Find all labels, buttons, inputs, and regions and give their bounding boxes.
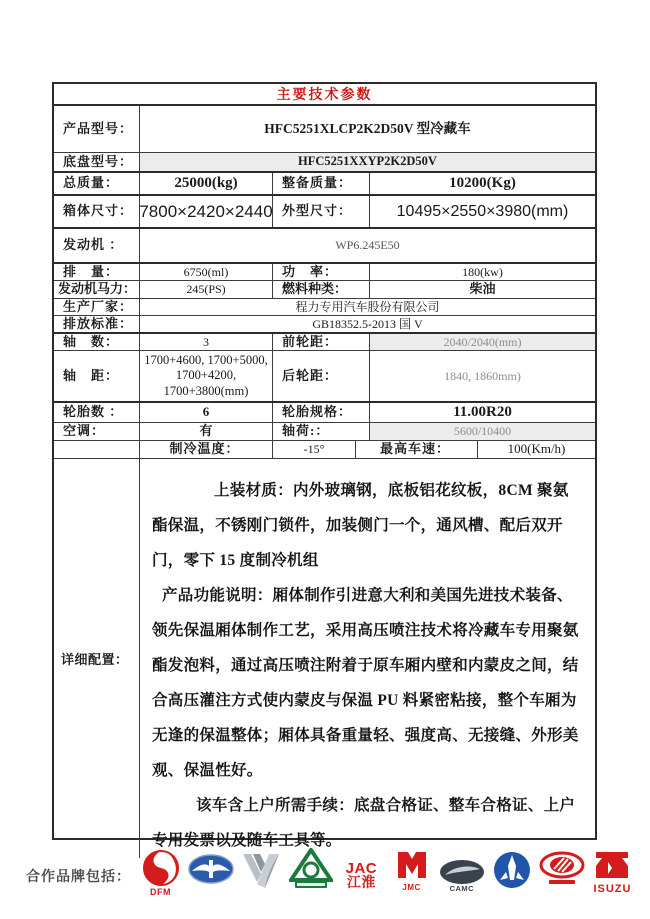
main-spec-table: 主要技术参数 产品型号： HFC5251XLCP2K2D50V 型冷藏车 底盘型…: [52, 82, 597, 840]
detail-paragraph-materials: 上装材质：内外玻璃钢，底板铝花纹板，8CM 聚氨酯保温，不锈刚门锁件，加装侧门一…: [152, 473, 581, 578]
cooling-temp-label: 制冷温度：: [139, 441, 272, 458]
displacement-value: 6750(ml): [139, 264, 272, 280]
row-tire-count: 轮胎数 ： 6 轮胎规格： 11.00R20: [54, 401, 595, 422]
camc-logo-icon: [439, 859, 485, 885]
axle-load-label: 轴荷:：: [272, 423, 369, 440]
fuel-type-label: 燃料种类：: [272, 281, 369, 298]
group-caption-bar: [549, 880, 575, 884]
brand-dongfeng: DFM: [137, 848, 184, 904]
power-value: 180(kw): [369, 264, 595, 280]
front-track-value: 2040/2040(mm): [369, 334, 595, 350]
emission-standard-value: GB18352.5-2013 国 V: [139, 316, 595, 332]
axle-load-value: 5600/10400: [369, 423, 595, 440]
spec-sheet-page: 主要技术参数 产品型号： HFC5251XLCP2K2D50V 型冷藏车 底盘型…: [0, 0, 650, 919]
row-air-conditioner: 空调： 有 轴荷:： 5600/10400: [54, 422, 595, 440]
group-red-oval-logo-icon: [539, 851, 585, 879]
brand-caption: CAMC: [450, 885, 475, 893]
detail-paragraph-function: 产品功能说明：厢体制作引进意大利和美国先进技术装备、领先保温厢体制作工艺，采用高…: [152, 578, 581, 788]
brand-logo-row: DFM: [137, 848, 636, 904]
engine-value: WP6.245E50: [139, 229, 595, 262]
horsepower-value: 245(PS): [139, 281, 272, 298]
max-speed-value: 100(Km/h): [477, 441, 595, 458]
gross-mass-label: 总质量：: [54, 173, 139, 194]
curb-mass-label: 整备质量：: [272, 173, 369, 194]
jmc-logo-icon: [394, 850, 430, 884]
curb-mass-value: 10200(Kg): [369, 173, 595, 194]
product-model-label: 产品型号：: [54, 106, 139, 152]
displacement-label: 排 量：: [54, 264, 139, 280]
sinotruk-logo-icon: [289, 848, 333, 890]
tire-count-value: 6: [139, 403, 272, 422]
tire-count-label: 轮胎数 ：: [54, 403, 139, 422]
row-horsepower: 发动机马力： 245(PS) 燃料种类： 柴油: [54, 280, 595, 298]
tire-spec-label: 轮胎规格：: [272, 403, 369, 422]
brand-camc: CAMC: [438, 848, 485, 904]
chassis-model-label: 底盘型号：: [54, 153, 139, 171]
row-axle-count: 轴 数： 3 前轮距： 2040/2040(mm): [54, 332, 595, 350]
brand-faw: [187, 848, 234, 904]
cooling-temp-value: -15°: [272, 441, 355, 458]
manufacturer-label: 生产厂家：: [54, 299, 139, 315]
aerospace-blue-logo-icon: [492, 850, 532, 890]
rear-track-label: 后轮距：: [272, 351, 369, 401]
row-gross-mass: 总质量： 25000(kg) 整备质量： 10200(Kg): [54, 171, 595, 194]
gross-mass-value: 25000(kg): [139, 173, 272, 194]
row-product-model: 产品型号： HFC5251XLCP2K2D50V 型冷藏车: [54, 104, 595, 152]
table-title-row: 主要技术参数: [54, 84, 595, 104]
manufacturer-value: 程力专用汽车股份有限公司: [139, 299, 595, 315]
partner-brands-footer: 合作品牌包括： DFM: [26, 845, 636, 907]
jac-logo-icon: JAC: [346, 861, 378, 877]
wheelbase-value: 1700+4600, 1700+5000, 1700+4200, 1700+38…: [139, 351, 272, 401]
brand-jmc: JMC: [388, 848, 435, 904]
power-label: 功 率：: [272, 264, 369, 280]
box-size-label: 箱体尺寸：: [54, 196, 139, 227]
isuzu-logo-icon: [592, 848, 632, 884]
axle-count-label: 轴 数：: [54, 334, 139, 350]
product-model-value: HFC5251XLCP2K2D50V 型冷藏车: [139, 106, 595, 152]
shacman-silver-v-logo-icon: [239, 850, 283, 890]
emission-standard-label: 排放标准：: [54, 316, 139, 332]
row-emission-standard: 排放标准： GB18352.5-2013 国 V: [54, 315, 595, 332]
row-box-size: 箱体尺寸： 7800×2420×2440 外型尺寸： 10495×2550×39…: [54, 194, 595, 227]
row-cooling-temperature: 制冷温度： -15° 最高车速： 100(Km/h): [54, 440, 595, 458]
brand-caption: JMC: [402, 884, 420, 892]
detailed-config-label: 详细配置：: [54, 459, 139, 858]
brand-caption: ISUZU: [593, 884, 631, 896]
row-engine: 发动机 ： WP6.245E50: [54, 227, 595, 262]
wheelbase-label: 轴 距：: [54, 351, 139, 401]
brand-shacman: [237, 848, 284, 904]
detailed-config-body: 上装材质：内外玻璃钢，底板铝花纹板，8CM 聚氨酯保温，不锈刚门锁件，加装侧门一…: [139, 459, 595, 858]
partner-brands-label: 合作品牌包括：: [26, 866, 131, 886]
chassis-model-value: HFC5251XXYP2K2D50V: [139, 153, 595, 171]
faw-logo-icon: [188, 854, 234, 884]
axle-count-value: 3: [139, 334, 272, 350]
jac-caption-chinese: 江淮: [347, 877, 376, 892]
row-displacement: 排 量： 6750(ml) 功 率： 180(kw): [54, 262, 595, 280]
brand-caption: DFM: [150, 888, 171, 897]
empty-cell: [54, 441, 139, 458]
brand-jac: JAC 江淮: [338, 848, 385, 904]
brand-sinotruk: [288, 848, 335, 904]
fuel-type-value: 柴油: [369, 281, 595, 298]
overall-size-value: 10495×2550×3980(mm): [369, 196, 595, 227]
brand-isuzu: ISUZU: [589, 848, 636, 904]
front-track-label: 前轮距：: [272, 334, 369, 350]
row-manufacturer: 生产厂家： 程力专用汽车股份有限公司: [54, 298, 595, 315]
brand-group-red-oval: [539, 848, 586, 904]
horsepower-label: 发动机马力：: [54, 281, 139, 298]
dongfeng-dfm-logo-icon: [141, 848, 181, 888]
brand-aerospace: [489, 848, 536, 904]
page-title: 主要技术参数: [54, 84, 595, 104]
row-wheelbase: 轴 距： 1700+4600, 1700+5000, 1700+4200, 17…: [54, 350, 595, 401]
row-detailed-configuration: 详细配置： 上装材质：内外玻璃钢，底板铝花纹板，8CM 聚氨酯保温，不锈刚门锁件…: [54, 458, 595, 838]
overall-size-label: 外型尺寸：: [272, 196, 369, 227]
air-conditioner-label: 空调：: [54, 423, 139, 440]
row-chassis-model: 底盘型号： HFC5251XXYP2K2D50V: [54, 152, 595, 171]
engine-label: 发动机 ：: [54, 229, 139, 262]
box-size-value: 7800×2420×2440: [139, 196, 272, 227]
rear-track-value: 1840, 1860mm): [369, 351, 595, 401]
tire-spec-value: 11.00R20: [369, 403, 595, 422]
air-conditioner-value: 有: [139, 423, 272, 440]
max-speed-label: 最高车速：: [355, 441, 477, 458]
